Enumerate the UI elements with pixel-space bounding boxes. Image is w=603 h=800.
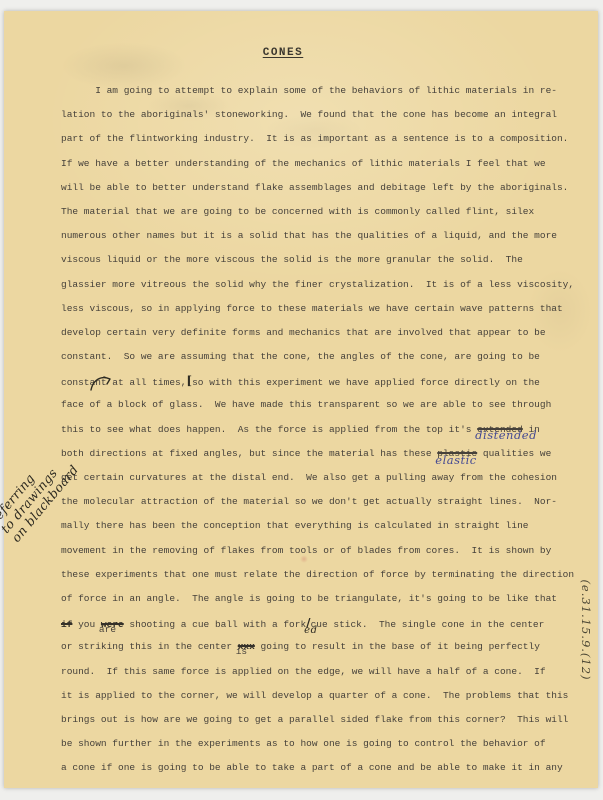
text-segment: this to see what does happen. As the for… — [61, 424, 477, 435]
text-line: numerous other names but it is a solid t… — [61, 224, 601, 248]
text-segment: you — [72, 619, 101, 630]
text-segment: brings out is how are we going to get a … — [61, 714, 568, 725]
text-segment: part of the flintworking industry. It is… — [61, 133, 568, 144]
text-segment: constant at all times, — [61, 377, 186, 388]
text-line: develop certain very definite forms and … — [61, 321, 601, 345]
text-segment: going to result in the base of it being … — [255, 641, 540, 652]
text-line: constant. So we are assuming that the co… — [61, 345, 601, 369]
text-line: part of the flintworking industry. It is… — [61, 127, 601, 151]
text-line: will be able to better understand flake … — [61, 176, 601, 200]
text-line: If we have a better understanding of the… — [61, 152, 601, 176]
text-segment: The material that we are going to be con… — [61, 206, 534, 217]
text-line: it is applied to the corner, we will dev… — [61, 684, 601, 708]
text-segment: or striking this in the center — [61, 641, 238, 652]
text-segment: these experiments that one must relate t… — [61, 569, 574, 580]
text-line: of force in an angle. The angle is going… — [61, 587, 601, 611]
text-segment: of force in an angle. The angle is going… — [61, 593, 557, 604]
page-title: CONES — [0, 47, 580, 59]
text-line: constant at all times,[so with this expe… — [61, 369, 601, 393]
text-line: viscous liquid or the more viscous the s… — [61, 248, 601, 272]
text-segment: I am going to attempt to explain some of… — [61, 85, 557, 96]
pen-arrow-mark — [88, 371, 116, 395]
text-segment: if — [61, 619, 72, 630]
text-line: movement in the removing of flakes from … — [61, 539, 601, 563]
text-line: The material that we are going to be con… — [61, 200, 601, 224]
text-line: I am going to attempt to explain some of… — [61, 79, 601, 103]
text-segment: lation to the aboriginals' stoneworking.… — [61, 109, 557, 120]
text-segment: numerous other names but it is a solid t… — [61, 230, 557, 241]
text-line: the molecular attraction of the material… — [61, 490, 601, 514]
text-line: lation to the aboriginals' stoneworking.… — [61, 103, 601, 127]
text-segment: movement in the removing of flakes from … — [61, 545, 551, 556]
text-segment: get certain curvatures at the distal end… — [61, 472, 557, 483]
text-line: be shown further in the experiments as t… — [61, 732, 601, 756]
scanned-document-page: { "document": { "title": "CONES", "lines… — [0, 0, 603, 800]
text-segment: constant. So we are assuming that the co… — [61, 351, 540, 362]
text-segment: If we have a better understanding of the… — [61, 158, 546, 169]
text-segment: so with this experiment we have applied … — [192, 377, 540, 388]
text-segment: will be able to better understand flake … — [61, 182, 568, 193]
text-segment: both directions at fixed angles, but sin… — [61, 448, 437, 459]
text-segment: round. If this same force is applied on … — [61, 666, 546, 677]
text-segment: cue stick. The single cone in the center — [311, 619, 545, 630]
text-segment: develop certain very definite forms and … — [61, 327, 546, 338]
text-segment: mally there has been the conception that… — [61, 520, 528, 531]
text-line: mally there has been the conception that… — [61, 514, 601, 538]
text-line: brings out is how are we going to get a … — [61, 708, 601, 732]
text-line: or striking this in the center isxxx goi… — [61, 635, 601, 659]
text-line: get certain curvatures at the distal end… — [61, 466, 601, 490]
paper-sheet: CONES I am going to attempt to explain s… — [4, 11, 598, 788]
text-segment: glassier more vitreous the solid why the… — [61, 279, 574, 290]
text-segment: face of a block of glass. We have made t… — [61, 399, 551, 410]
text-lines: I am going to attempt to explain some of… — [61, 79, 601, 780]
text-segment: shooting a cue ball with a fork — [124, 619, 306, 630]
text-segment: it is applied to the corner, we will dev… — [61, 690, 568, 701]
text-line: face of a block of glass. We have made t… — [61, 393, 601, 417]
text-segment: the molecular attraction of the material… — [61, 496, 557, 507]
text-line: less viscous, so in applying force to th… — [61, 297, 601, 321]
text-line: if you arewere shooting a cue ball with … — [61, 611, 601, 635]
margin-catalog-number: (e.31.15.9.(12) — [579, 560, 593, 700]
text-segment: qualities we — [477, 448, 551, 459]
text-line: glassier more vitreous the solid why the… — [61, 273, 601, 297]
text-segment: less viscous, so in applying force to th… — [61, 303, 563, 314]
text-line: this to see what does happen. As the for… — [61, 418, 601, 442]
text-line: both directions at fixed angles, but sin… — [61, 442, 601, 466]
text-segment: a cone if one is going to be able to tak… — [61, 762, 563, 773]
text-line: a cone if one is going to be able to tak… — [61, 756, 601, 780]
text-line: round. If this same force is applied on … — [61, 660, 601, 684]
text-segment: viscous liquid or the more viscous the s… — [61, 254, 523, 265]
text-line: these experiments that one must relate t… — [61, 563, 601, 587]
text-segment: be shown further in the experiments as t… — [61, 738, 546, 749]
